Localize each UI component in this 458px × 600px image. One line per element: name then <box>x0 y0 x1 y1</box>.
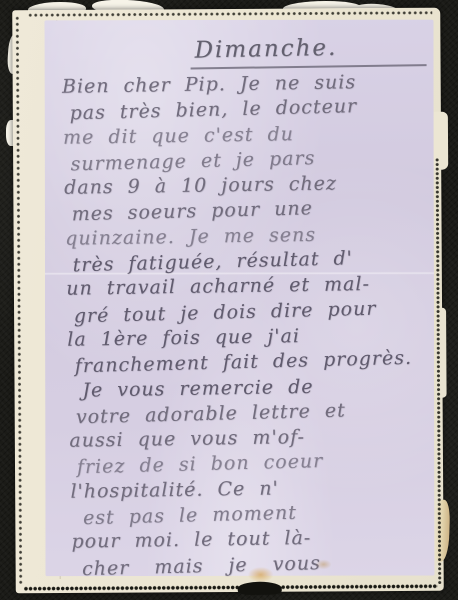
perforation-top <box>28 11 432 17</box>
stain-spot <box>316 559 332 569</box>
photo-background: Dimanche. Bien cher Pip. Je ne suis pas … <box>0 0 458 600</box>
writing-panel: Dimanche. Bien cher Pip. Je ne suis pas … <box>44 20 434 577</box>
letter-body: Bien cher Pip. Je ne suis pas très bien,… <box>62 68 433 581</box>
ink-blot <box>238 582 282 595</box>
perforation-bottom <box>24 584 438 592</box>
stain-spot <box>248 567 274 583</box>
perforation-left <box>15 16 22 585</box>
letter-card: Dimanche. Bien cher Pip. Je ne suis pas … <box>12 8 444 594</box>
letter-heading: Dimanche. <box>194 34 374 63</box>
